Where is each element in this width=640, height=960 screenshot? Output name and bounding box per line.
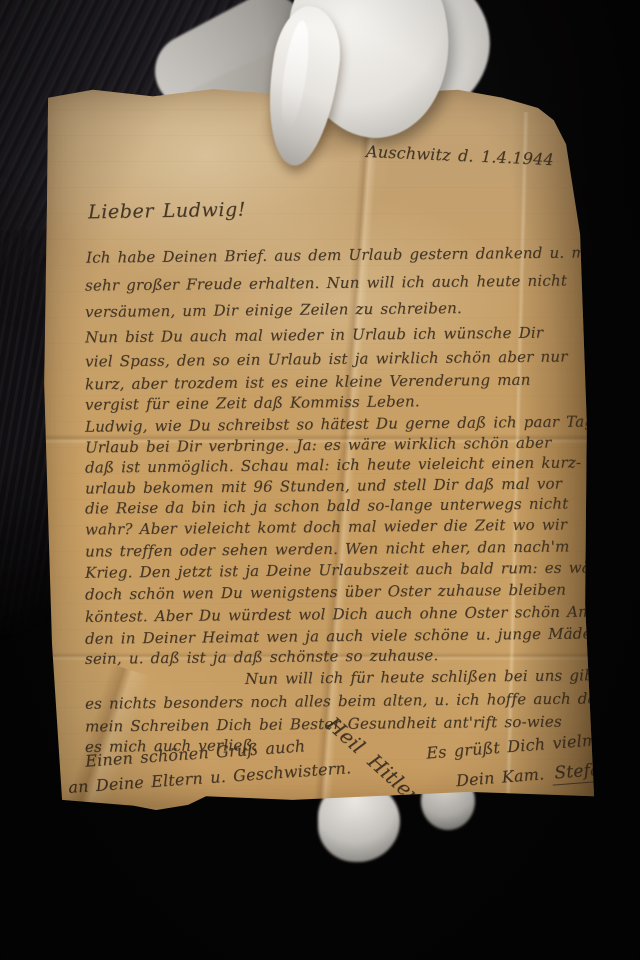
glove-front	[0, 0, 640, 260]
photo: Auschwitz d. 1.4.1944 Lieber Ludwig! Ich…	[0, 0, 640, 960]
